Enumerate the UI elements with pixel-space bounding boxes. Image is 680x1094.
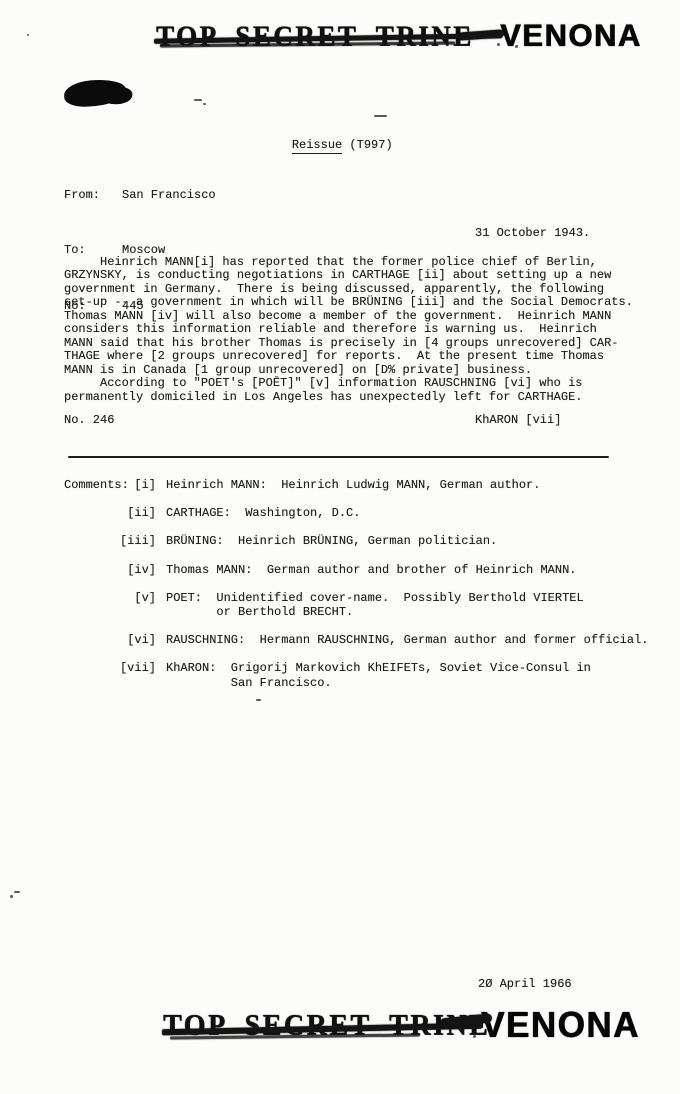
comments-label: Comments:: [64, 478, 129, 492]
comment-text: RAUSCHNING: Hermann RAUSCHNING, German a…: [166, 633, 648, 647]
comment-text: Heinrich MANN: Heinrich Ludwig MANN, Ger…: [166, 478, 540, 492]
scan-artifact: [10, 895, 13, 898]
comment-item-vi: [vi] RAUSCHNING: Hermann RAUSCHNING, Ger…: [64, 633, 664, 647]
signature-name: KhARON [vii]: [475, 414, 561, 427]
comments-section: Comments: [i] Heinrich MANN: Heinrich Lu…: [64, 478, 664, 704]
comment-item-ii: [ii] CARTHAGE: Washington, D.C.: [64, 506, 664, 520]
scan-artifact: [256, 699, 261, 701]
scan-artifact: [194, 99, 202, 101]
scan-artifact: [473, 1035, 476, 1038]
reissue-suffix: (T997): [342, 138, 392, 152]
divider-rule: [68, 456, 609, 458]
comment-item-iv: [iv] Thomas MANN: German author and brot…: [64, 563, 664, 577]
comment-tag: [vi]: [64, 633, 156, 647]
comment-tag: [v]: [64, 591, 156, 619]
scan-artifact: [14, 891, 20, 893]
comment-item-i: [i] Heinrich MANN: Heinrich Ludwig MANN,…: [64, 478, 664, 492]
bottom-venona-stamp: VENONA: [481, 1006, 640, 1047]
comment-tag: [vii]: [64, 661, 156, 689]
comment-tag: [iv]: [64, 563, 156, 577]
redaction-mark: [63, 77, 127, 108]
comment-text: POET: Unidentified cover-name. Possibly …: [166, 591, 584, 619]
comment-text: BRÜNING: Heinrich BRÜNING, German politi…: [166, 534, 497, 548]
comment-item-iii: [iii] BRÜNING: Heinrich BRÜNING, German …: [64, 534, 664, 548]
scan-artifact: [203, 103, 206, 105]
scan-artifact: [497, 43, 500, 46]
reissue-title: Reissue: [292, 138, 342, 154]
scan-artifact: [515, 45, 518, 48]
scan-artifact: [27, 34, 29, 36]
message-number: No. 246: [64, 414, 114, 427]
scan-artifact: [374, 115, 387, 117]
comment-tag: [ii]: [64, 506, 156, 520]
comment-text: CARTHAGE: Washington, D.C.: [166, 506, 360, 520]
message-date: 31 October 1943.: [475, 227, 590, 240]
from-value: San Francisco: [122, 189, 216, 218]
strikethrough-mark: [458, 29, 504, 40]
footer-date: 2Ø April 1966: [478, 978, 572, 991]
document-page: TOP SECRET TRINE VENONA Reissue (T997) F…: [0, 0, 680, 1094]
from-row: From: San Francisco: [64, 189, 216, 218]
comment-tag: [iii]: [64, 534, 156, 548]
from-label: From:: [64, 189, 122, 218]
comment-text: KhARON: Grigorij Markovich KhEIFETs, Sov…: [166, 661, 591, 689]
reissue-line: Reissue (T997): [263, 126, 393, 166]
comment-text: Thomas MANN: German author and brother o…: [166, 563, 576, 577]
top-venona-stamp: VENONA: [500, 18, 642, 55]
message-body: Heinrich MANN[i] has reported that the f…: [64, 256, 633, 404]
comment-item-vii: [vii] KhARON: Grigorij Markovich KhEIFET…: [64, 661, 664, 689]
comment-item-v: [v] POET: Unidentified cover-name. Possi…: [64, 591, 664, 619]
